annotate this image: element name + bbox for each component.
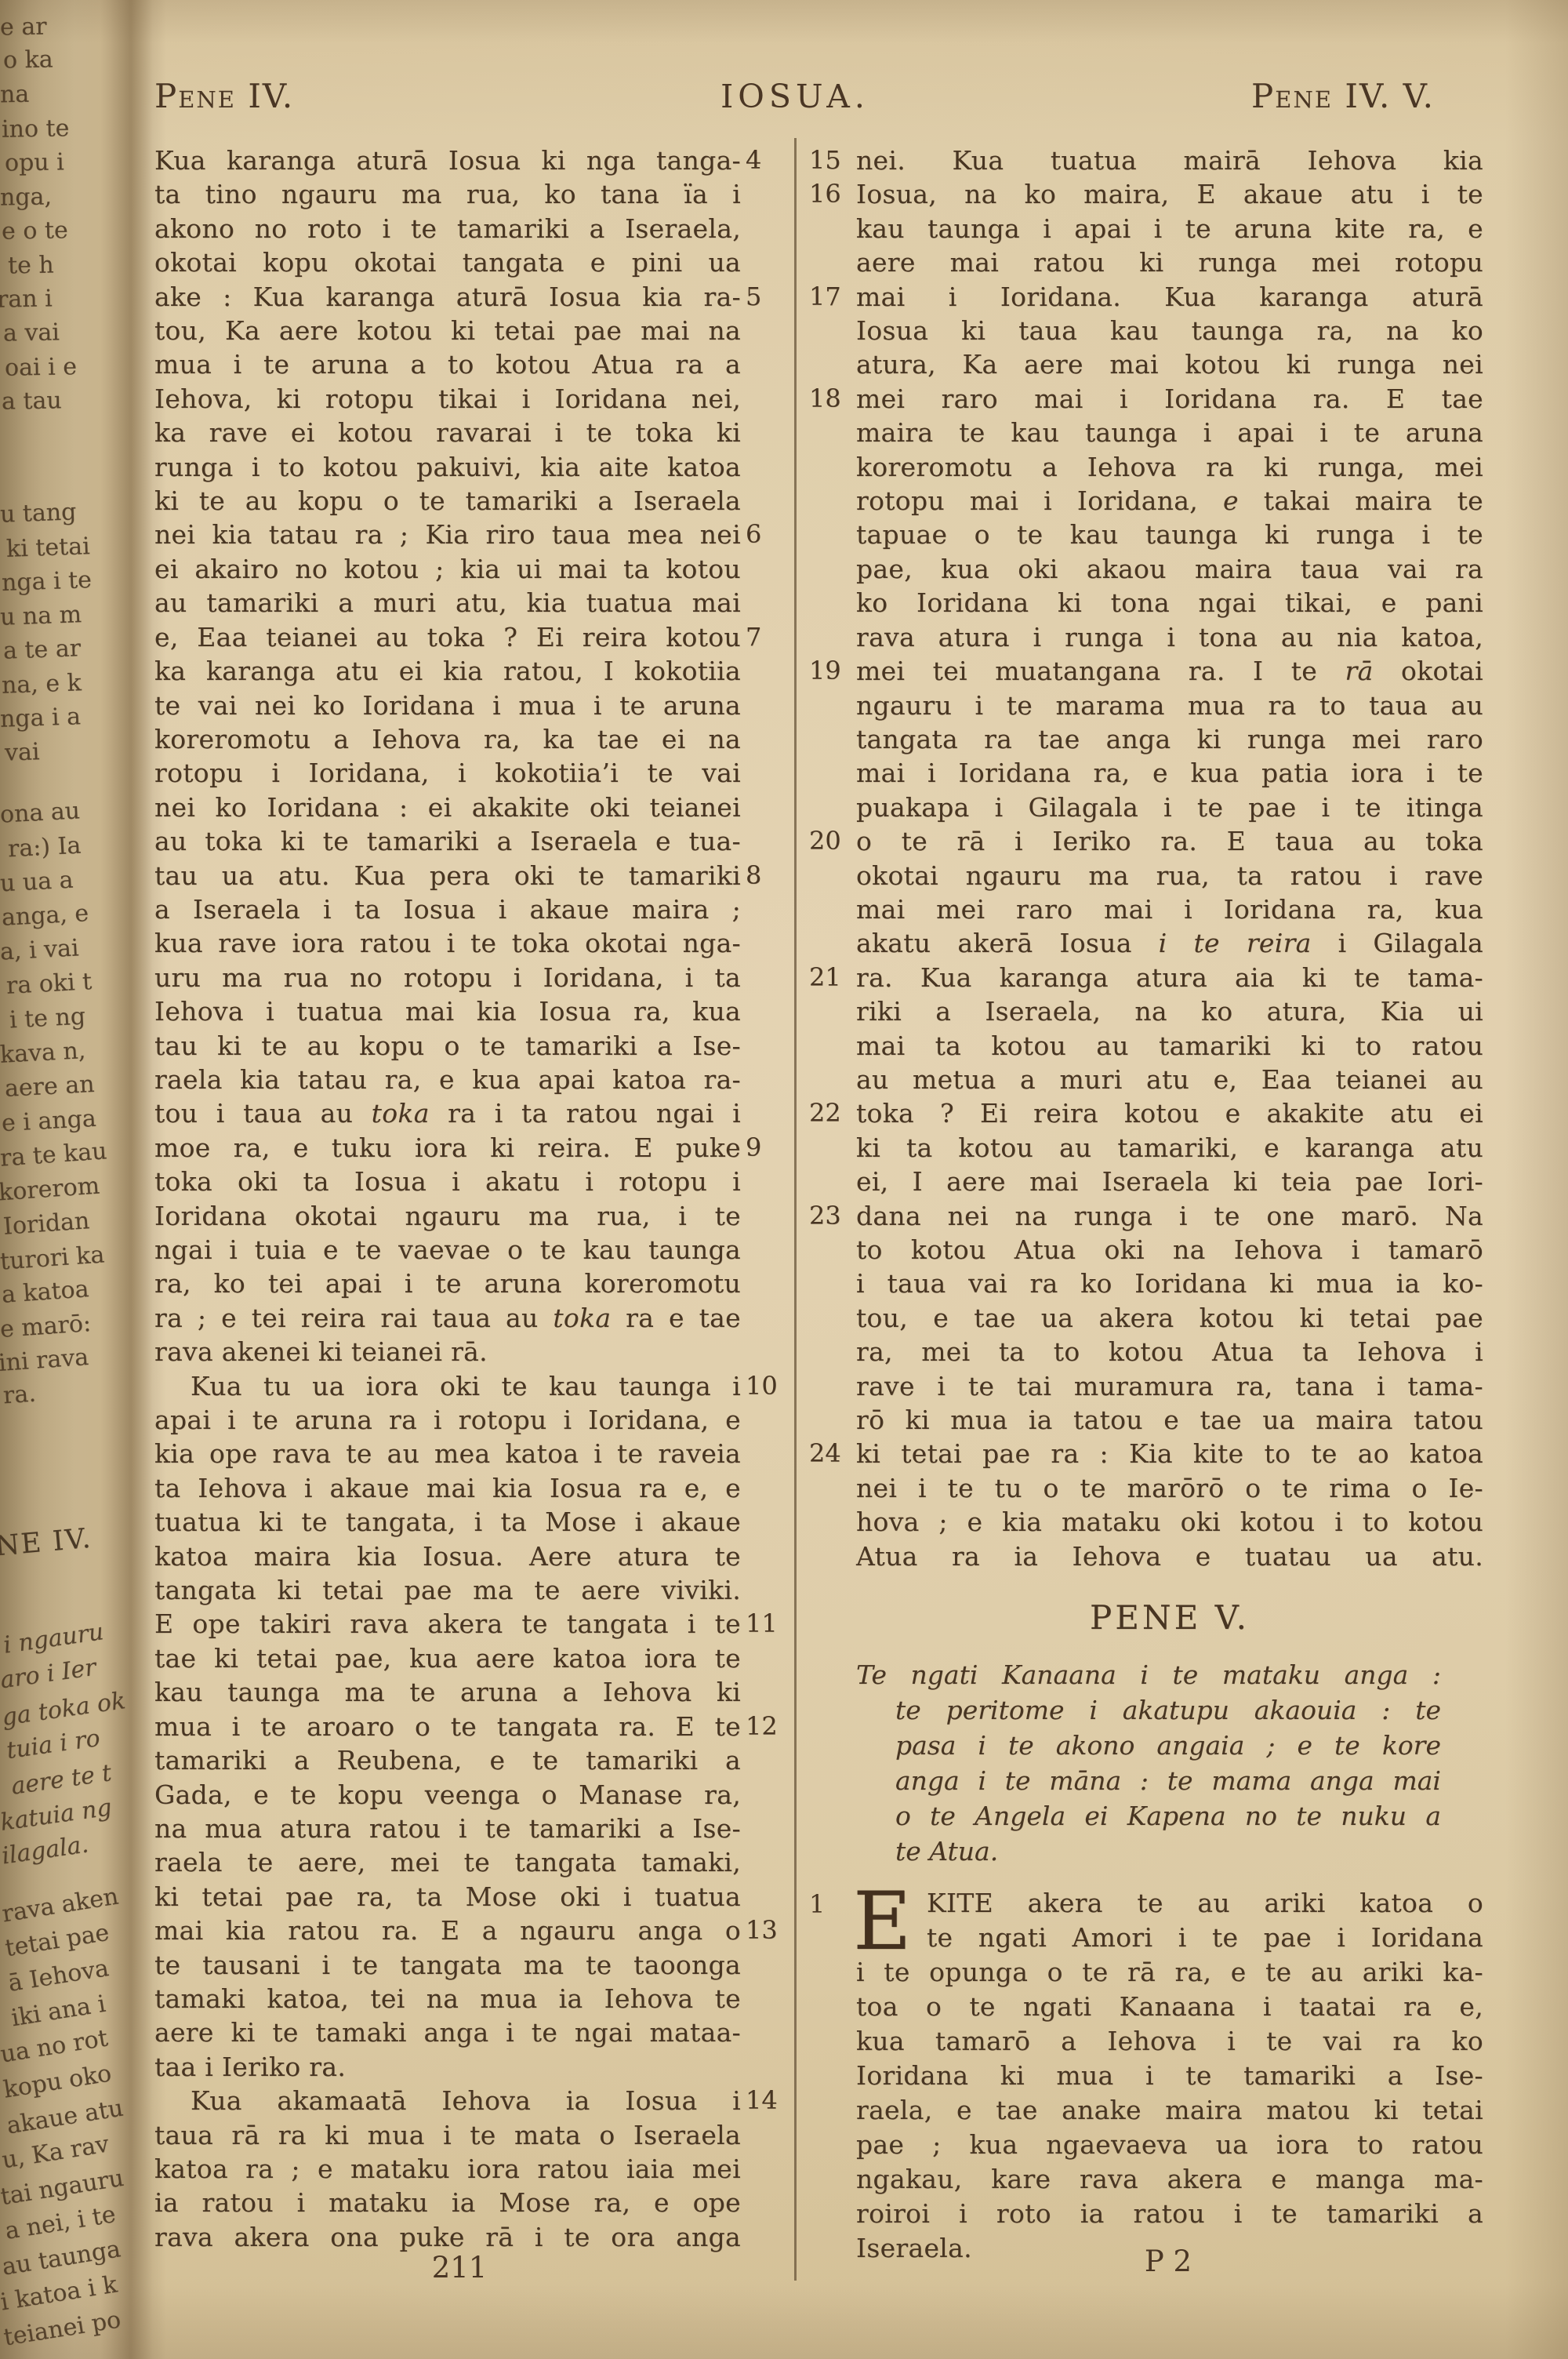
text-line: Ioridana ki mua i te tamariki a Ise- (856, 2059, 1483, 2093)
text-line: KITE akera te au ariki katoa o (856, 1886, 1483, 1921)
text-line: kau taunga ma te aruna a Iehova ki (154, 1675, 741, 1709)
chapter-summary: Te ngati Kanaana i te mataku anga :te pe… (856, 1657, 1483, 1869)
text-line: puakapa i Gilagala i te pae i te itinga (856, 791, 1483, 824)
verse-number: 6 (746, 518, 789, 551)
verse-number: 16 (809, 177, 850, 211)
verse-number: 24 (809, 1437, 850, 1470)
summary-line: pasa i te akono angaia ; e te kore (856, 1728, 1441, 1763)
text-line: tae ki tetai pae, kua aere katoa iora te (154, 1641, 741, 1675)
verse-number: 1 (809, 1889, 825, 1919)
facing-page-text-fragment: aere an (4, 1073, 95, 1101)
facing-page-text-fragment: ilagala. (0, 1833, 89, 1868)
text-line: tangata ki tetai pae ma te aere viviki. (154, 1573, 741, 1607)
text-line: kua rave iora ratou i te toka okotai nga… (154, 926, 741, 960)
facing-page-text-fragment: ini rava (0, 1346, 89, 1376)
summary-line: te peritome i akatupu akaouia : te (856, 1692, 1441, 1728)
text-line: a Iseraela i ta Iosua i akaue maira ; (154, 892, 741, 926)
facing-page-text-fragment: i ngauru (2, 1620, 105, 1658)
text-line: raela, e tae anake maira matou ki tetai (856, 2093, 1483, 2128)
verse-number: 8 (746, 859, 789, 892)
text-line: mei raro mai i Ioridana ra. E tae18 (856, 382, 1483, 416)
text-line: Atua ra ia Iehova e tuatau ua atu. (856, 1539, 1483, 1573)
facing-page-text-fragment: na, e k (2, 671, 82, 698)
text-line: maira te kau taunga i apai i te aruna (856, 416, 1483, 449)
facing-page-text-fragment: iki ana i (9, 1993, 107, 2031)
verse-number: 9 (746, 1131, 789, 1165)
text-line: roiroi i roto ia ratou i te tamariki a (856, 2197, 1483, 2231)
text-line: mei tei muatangana ra. I te rā okotai19 (856, 654, 1483, 688)
running-header-right: Pene IV. V. (1121, 78, 1435, 114)
verse-number: 10 (746, 1369, 789, 1403)
facing-page-text-fragment: o ka (3, 48, 53, 72)
text-line: ngauru i te marama mua ra to taua au (856, 689, 1483, 722)
text-line: rave i te tai muramura ra, tana i tama- (856, 1369, 1483, 1403)
text-line: raela te aere, mei te tangata tamaki, (154, 1845, 741, 1879)
verse-number: 5 (746, 280, 789, 314)
chapter-heading: PENE V. (856, 1599, 1483, 1637)
text-line: toka ? Ei reira kotou e akakite atu ei22 (856, 1096, 1483, 1130)
facing-page-text-fragment: akaue atu (5, 2096, 125, 2138)
facing-page-text-fragment: kopu oko (2, 2062, 114, 2102)
facing-page-text-fragment: nga i a (0, 705, 81, 732)
text-line: to kotou Atua oki na Iehova i tamarō (856, 1233, 1483, 1267)
text-line: ka karanga atu ei kia ratou, I kokotiia (154, 654, 741, 688)
verse-number: 15 (809, 144, 850, 177)
text-line: aere mai ratou ki runga mei rotopu (856, 245, 1483, 279)
facing-page-text-fragment: Ioridan (2, 1209, 90, 1239)
text-line: ia ratou i mataku ia Mose ra, e ope (154, 2186, 741, 2219)
text-line: ki tetai pae ra, ta Mose oki i tuatua (154, 1880, 741, 1914)
facing-page-gutter: e aro kanaino teopu inga,e o tete hran i… (0, 0, 153, 2359)
facing-page-text-fragment: katuia ng (0, 1796, 113, 1835)
text-line: tau ki te au kopu o te tamariki a Ise- (154, 1029, 741, 1063)
printers-signature: P 2 (1113, 2245, 1223, 2278)
text-line: apai i te aruna ra i rotopu i Ioridana, … (154, 1403, 741, 1437)
text-line: okotai kopu okotai tangata e pini ua (154, 245, 741, 279)
running-header-title: IOSUA. (638, 78, 952, 114)
verse-number: 21 (809, 961, 850, 994)
text-line: toa o te ngati Kanaana i taatai ra e, (856, 1990, 1483, 2024)
text-line: tuatua ki te tangata, i ta Mose i akaue (154, 1505, 741, 1539)
verse-number: 7 (746, 620, 789, 654)
column-divider-rule (794, 138, 797, 2281)
text-line: ngai i tuia e te vaevae o te kau taunga (154, 1233, 741, 1267)
text-line: rava akera ona puke rā i te ora anga (154, 2220, 741, 2254)
text-line: mai ta kotou au tamariki ki to ratou (856, 1029, 1483, 1063)
text-line: nei kia tatau ra ; Kia riro taua mea nei… (154, 518, 741, 551)
text-line: Iosua, na ko maira, E akaue atu i te16 (856, 177, 1483, 211)
book-page-scan: e aro kanaino teopu inga,e o tete hran i… (0, 0, 1568, 2359)
text-line: hova ; e kia mataku oki kotou i to kotou (856, 1505, 1483, 1539)
verse-number: 14 (746, 2084, 789, 2117)
facing-page-text-fragment: opu i (5, 151, 64, 175)
text-line: dana nei na runga i te one marō. Na23 (856, 1199, 1483, 1233)
text-line: kua tamarō a Iehova i te vai ra ko (856, 2024, 1483, 2059)
text-line: nei ko Ioridana : ei akakite oki teianei (154, 791, 741, 824)
facing-page-text-fragment: turori ka (0, 1243, 105, 1274)
text-line: e, Eaa teianei au toka ? Ei reira kotou7 (154, 620, 741, 654)
text-line: rotopu mai i Ioridana, e takai maira te (856, 484, 1483, 518)
facing-page-text-fragment: aro i Ier (0, 1656, 97, 1693)
text-line: ra ; e tei reira rai taua au toka ra e t… (154, 1301, 741, 1335)
text-line: pae ; kua ngaevaeva ua iora to ratou (856, 2128, 1483, 2162)
text-line: akono no roto i te tamariki a Iseraela, (154, 212, 741, 245)
verse-number: 19 (809, 654, 850, 688)
text-line: kau taunga i apai i te aruna kite ra, e (856, 212, 1483, 245)
facing-page-text-fragment: u na m (0, 603, 82, 630)
facing-page-text-fragment: ra:) Ia (7, 834, 82, 862)
facing-page-text-fragment: ra te kau (0, 1140, 107, 1170)
text-line: mai i Ioridana. Kua karanga aturā17 (856, 280, 1483, 314)
facing-page-text-fragment: tuia i ro (5, 1727, 101, 1763)
summary-line: anga i te māna : te mama anga mai (856, 1763, 1441, 1798)
right-text-column: nei. Kua tuatua mairā Iehova kia15Iosua,… (856, 144, 1483, 2266)
text-line: rō ki mua ia tatou e tae ua maira tatou (856, 1403, 1483, 1437)
text-line: katoa maira kia Iosua. Aere atura te (154, 1539, 741, 1573)
text-line: ra, mei ta to kotou Atua ta Iehova i (856, 1335, 1483, 1369)
text-line: runga i to kotou pakuivi, kia aite katoa (154, 450, 741, 484)
text-line: katoa ra ; e mataku iora ratou iaia mei (154, 2152, 741, 2186)
facing-page-text-fragment: nga, (0, 185, 52, 209)
facing-page-text-fragment: e i anga (1, 1107, 96, 1136)
verse-number: 23 (809, 1199, 850, 1233)
text-line: o te rā i Ieriko ra. E taua au toka20 (856, 824, 1483, 858)
text-line: okotai ngauru ma rua, ta ratou i rave (856, 859, 1483, 892)
text-line: ra, ko tei apai i te aruna koreromotu (154, 1267, 741, 1300)
verse-number: 13 (746, 1914, 789, 1947)
text-line: te ngati Amori i te pae i Ioridana (856, 1921, 1483, 1955)
facing-page-text-fragment: u ua a (0, 869, 74, 896)
text-line: kia ope rava te au mea katoa i te raveia (154, 1437, 741, 1470)
text-line: rotopu i Ioridana, i kokotiia’i te vai (154, 756, 741, 790)
facing-page-text-fragment: kava n, (0, 1039, 86, 1067)
text-line: mai i Ioridana ra, e kua patia iora i te (856, 756, 1483, 790)
text-line: mua i te aroaro o te tangata ra. E te12 (154, 1710, 741, 1743)
text-line: te vai nei ko Ioridana i mua i te aruna (154, 689, 741, 722)
verse-number: 4 (746, 144, 789, 177)
facing-page-text-fragment: u, Ka rav (0, 2132, 110, 2172)
facing-page-text-fragment: tetai pae (3, 1921, 111, 1961)
text-line: mai mei raro mai i Ioridana ra, kua (856, 892, 1483, 926)
left-text-column: Kua karanga aturā Iosua ki nga tanga-4ta… (154, 144, 741, 2254)
facing-page-text-fragment: ra. (2, 1383, 37, 1408)
facing-page-text-fragment: anga, e (1, 902, 89, 930)
facing-page-text-fragment: ā Iehova (6, 1957, 110, 1996)
facing-page-text-fragment: a te ar (3, 637, 82, 663)
text-line: au metua a muri atu e, Eaa teianei au (856, 1063, 1483, 1096)
facing-page-text-fragment: ra oki t (5, 970, 93, 998)
text-line: Iehova, ki rotopu tikai i Ioridana nei, (154, 382, 741, 416)
text-line: Iosua ki taua kau taunga ra, na ko (856, 314, 1483, 347)
text-line: Ioridana okotai ngauru ma rua, i te (154, 1199, 741, 1233)
facing-page-text-fragment: aere te t (10, 1761, 114, 1799)
text-line: rava akenei ki teianei rā. (154, 1335, 741, 1369)
text-line: taa i Ieriko ra. (154, 2050, 741, 2084)
text-line: ei akairo no kotou ; kia ui mai ta kotou (154, 552, 741, 586)
text-line: ta Iehova i akaue mai kia Iosua ra e, e (154, 1471, 741, 1505)
summary-line: o te Angela ei Kapena no te nuku a (856, 1798, 1441, 1834)
text-line: koreromotu a Iehova ra ki runga, mei (856, 450, 1483, 484)
text-line: tou, e tae ua akera kotou ki tetai pae (856, 1301, 1483, 1335)
text-line: riki a Iseraela, na ko atura, Kia ui (856, 994, 1483, 1028)
text-line: te tausani i te tangata ma te taoonga (154, 1948, 741, 1982)
text-line: koreromotu a Iehova ra, ka tae ei na (154, 722, 741, 756)
facing-page-text-fragment: oai i e (5, 355, 77, 380)
facing-page-text-fragment: ona au (0, 799, 81, 827)
text-line: tamaki katoa, tei na mua ia Iehova te (154, 1982, 741, 2016)
facing-page-text-fragment: e ar (0, 15, 47, 39)
verse-number: 20 (809, 824, 850, 858)
text-line: mai kia ratou ra. E a ngauru anga o13 (154, 1914, 741, 1947)
facing-page-text-fragment: na (0, 83, 29, 107)
text-line: i te opunga o te rā ra, e te au ariki ka… (856, 1955, 1483, 1990)
text-line: raela kia tatau ra, e kua apai katoa ra- (154, 1063, 741, 1096)
text-line: tou i taua au toka ra i ta ratou ngai i (154, 1096, 741, 1130)
facing-page-text-fragment: ki tetai (6, 535, 91, 562)
text-line: ngakau, kare rava akera e manga ma- (856, 2162, 1483, 2197)
right-column-verses: nei. Kua tuatua mairā Iehova kia15Iosua,… (856, 144, 1483, 1573)
text-line: Gada, e te kopu veenga o Manase ra, (154, 1778, 741, 1812)
text-line: na mua atura ratou i te tamariki a Ise- (154, 1812, 741, 1845)
verse-1-paragraph: 1 E KITE akera te au ariki katoa ote nga… (856, 1886, 1483, 2266)
text-line: Kua karanga aturā Iosua ki nga tanga-4 (154, 144, 741, 177)
text-line: ka rave ei kotou ravarai i te toka ki (154, 416, 741, 449)
text-line: ki ta kotou au tamariki, e karanga atu (856, 1131, 1483, 1165)
facing-page-text-fragment: vai (4, 740, 39, 765)
text-line: nei. Kua tuatua mairā Iehova kia15 (856, 144, 1483, 177)
text-line: Kua tu ua iora oki te kau taunga i10 (154, 1369, 741, 1403)
facing-page-text-fragment: a katoa (1, 1278, 89, 1307)
facing-page-text-fragment: a, i vai (0, 936, 79, 964)
text-line: ta tino ngauru ma rua, ko tana ïa i (154, 177, 741, 211)
text-line: taua rā ra ki mua i te mata o Iseraela (154, 2118, 741, 2152)
text-line: mua i te aruna a to kotou Atua ra a (154, 347, 741, 381)
text-line: ki te au kopu o te tamariki a Iseraela (154, 484, 741, 518)
text-line: uru ma rua no rotopu i Ioridana, i ta (154, 961, 741, 994)
text-line: i taua vai ra ko Ioridana ki mua ia ko- (856, 1267, 1483, 1300)
text-line: ki tetai pae ra : Kia kite to te ao kato… (856, 1437, 1483, 1470)
text-line: Kua akamaatā Iehova ia Iosua i14 (154, 2084, 741, 2117)
text-line: toka oki ta Iosua i akatu i rotopu i (154, 1165, 741, 1198)
text-line: tapuae o te kau taunga ki runga i te (856, 518, 1483, 551)
text-line: tamariki a Reubena, e te tamariki a (154, 1743, 741, 1777)
text-line: tau ua atu. Kua pera oki te tamariki8 (154, 859, 741, 892)
facing-page-text-fragment: i te ng (9, 1005, 85, 1032)
text-line: au toka ki te tamariki a Iseraela e tua- (154, 824, 741, 858)
facing-page-text-fragment: NE IV. (0, 1527, 93, 1559)
text-line: au tamariki a muri atu, kia tuatua mai (154, 586, 741, 620)
text-line: nei i te tu o te marōrō o te rima o Ie- (856, 1471, 1483, 1505)
text-line: akatu akerā Iosua i te reira i Gilagala (856, 926, 1483, 960)
verse-number: 12 (746, 1710, 789, 1743)
facing-page-text-fragment: e o te (2, 219, 68, 243)
page-number: 211 (381, 2251, 538, 2284)
text-line: atura, Ka aere mai kotou ki runga nei (856, 347, 1483, 381)
text-line: rava atura i runga i tona au nia katoa, (856, 620, 1483, 654)
facing-page-text-fragment: a tau (2, 389, 62, 413)
text-line: ra. Kua karanga atura aia ki te tama-21 (856, 961, 1483, 994)
text-line: E ope takiri rava akera te tangata i te1… (154, 1607, 741, 1641)
verse-number: 22 (809, 1096, 850, 1130)
text-line: ake : Kua karanga aturā Iosua kia ra-5 (154, 280, 741, 314)
text-line: tou, Ka aere kotou ki tetai pae mai na (154, 314, 741, 347)
verse-number: 18 (809, 382, 850, 416)
summary-line: Te ngati Kanaana i te mataku anga : (856, 1657, 1441, 1692)
summary-line: te Atua. (856, 1834, 1441, 1869)
text-line: tangata ra tae anga ki runga mei raro (856, 722, 1483, 756)
facing-page-text-fragment: nga i te (2, 569, 93, 595)
text-line: ko Ioridana ki tona ngai tikai, e pani (856, 586, 1483, 620)
running-header-left: Pene IV. (154, 78, 294, 114)
facing-page-text-fragment: a vai (3, 321, 60, 345)
text-line: pae, kua oki akaou maira taua vai ra (856, 552, 1483, 586)
text-line: Iehova i tuatua mai kia Iosua ra, kua (154, 994, 741, 1028)
facing-page-text-fragment: te h (8, 253, 54, 278)
facing-page-text-fragment: korerom (0, 1175, 100, 1205)
verse-number: 11 (746, 1607, 789, 1641)
text-line: moe ra, e tuku iora ki reira. E puke9 (154, 1131, 741, 1165)
text-line: ei, I aere mai Iseraela ki teia pae Iori… (856, 1165, 1483, 1198)
verse-number: 17 (809, 280, 850, 314)
text-line: aere ki te tamaki anga i te ngai mataa- (154, 2016, 741, 2049)
facing-page-text-fragment: ran i (0, 287, 53, 311)
facing-page-text-fragment: u tang (0, 500, 77, 526)
facing-page-text-fragment: teianei po (2, 2308, 123, 2350)
facing-page-text-fragment: ino te (2, 117, 70, 142)
facing-page-text-fragment: ga toka ok (1, 1689, 127, 1730)
facing-page-text-fragment: ua no rot (0, 2026, 110, 2066)
facing-page-text-fragment: e marō: (0, 1312, 92, 1342)
